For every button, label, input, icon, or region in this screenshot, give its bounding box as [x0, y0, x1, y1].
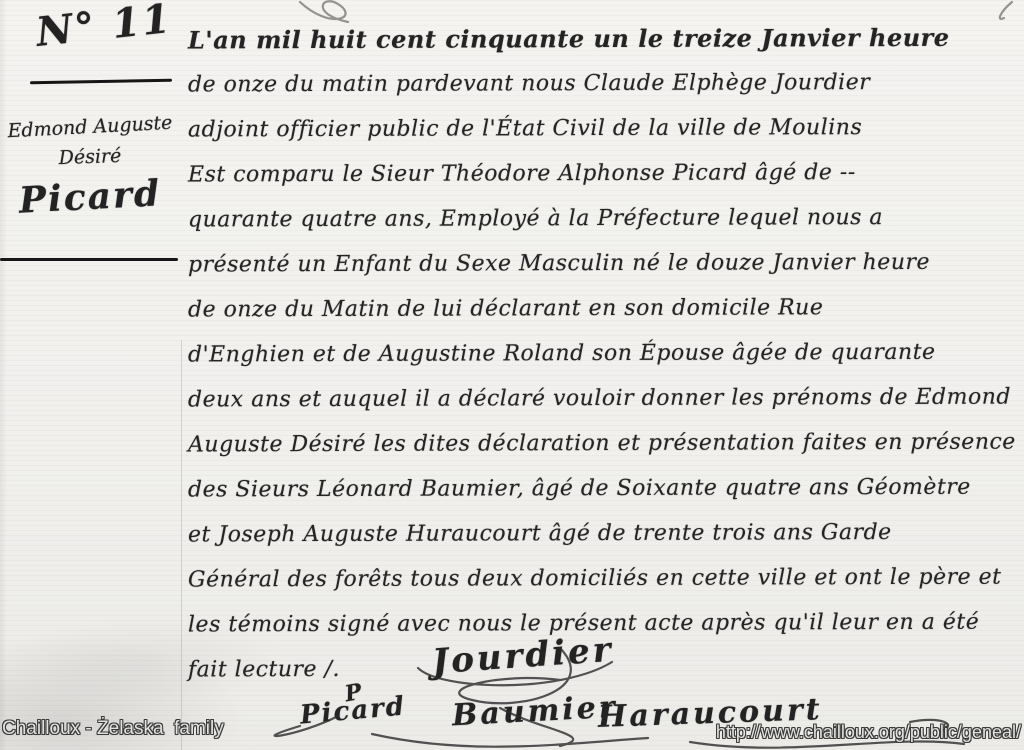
record-text-line: d'Enghien et de Augustine Roland son Épo… [188, 330, 1020, 378]
margin-divider-top [30, 79, 172, 84]
margin-divider-bottom [0, 258, 178, 261]
record-text-line: L'an mil huit cent cinquante un le treiz… [188, 15, 1020, 63]
act-number: N° 11 [32, 0, 176, 56]
margin-name-line2: Désiré [0, 143, 180, 171]
record-text-line: de onze du matin pardevant nous Claude E… [188, 60, 1020, 108]
record-text-line: adjoint officier public de l'État Civil … [188, 105, 1020, 153]
record-text-line: des Sieurs Léonard Baumier, âgé de Soixa… [188, 465, 1020, 513]
document-scan: N° 11 Edmond Auguste Désiré Picard L'an … [0, 0, 1024, 750]
margin-name-line3: Picard [0, 171, 181, 222]
record-text-line: Général des forêts tous deux domiciliés … [188, 555, 1020, 603]
record-text-line: Est comparu le Sieur Théodore Alphonse P… [188, 150, 1020, 198]
record-text-line: deux ans et auquel il a déclaré vouloir … [188, 375, 1020, 423]
margin-name-block: Edmond Auguste Désiré Picard [0, 116, 180, 218]
watermark-family-name: Chailloux - Żelaska family [2, 718, 224, 740]
record-text-line: Auguste Désiré les dites déclaration et … [188, 420, 1020, 468]
record-body: L'an mil huit cent cinquante un le treiz… [188, 16, 1020, 691]
record-text-line: présenté un Enfant du Sexe Masculin né l… [188, 240, 1020, 288]
record-text-line: et Joseph Auguste Huraucourt âgé de tren… [188, 510, 1020, 558]
record-text-line: de onze du Matin de lui déclarant en son… [188, 285, 1020, 333]
margin-name-line1: Edmond Auguste [0, 111, 180, 142]
watermark-url: http://www.chailloux.org/public/geneal/ [716, 722, 1021, 743]
record-text-line: quarante quatre ans, Employé à la Préfec… [188, 195, 1020, 243]
signature-picard: Picard [299, 691, 407, 730]
signature-baumier: Baumier [451, 690, 618, 734]
